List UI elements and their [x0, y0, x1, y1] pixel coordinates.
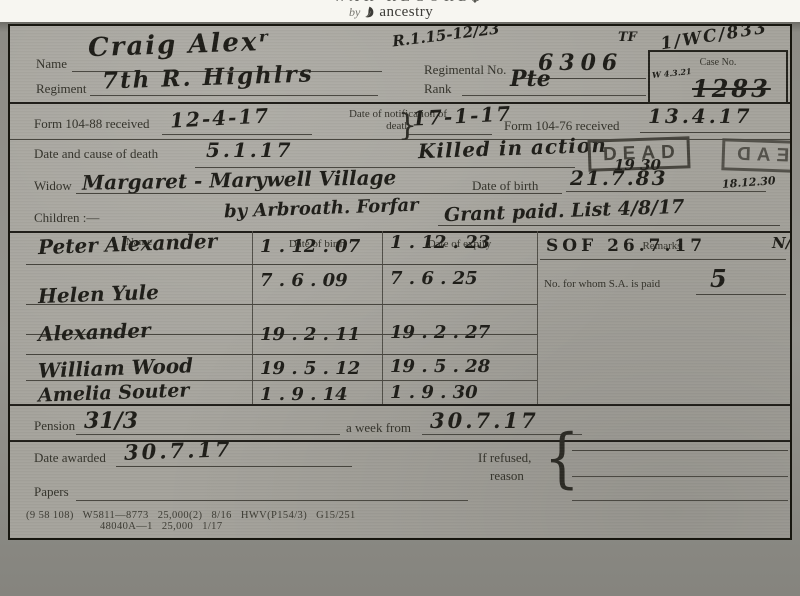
corner-annotation: R.1.15-12/23	[391, 24, 500, 50]
brand-name: ancestry	[379, 4, 433, 21]
rule	[406, 134, 492, 135]
child-name: Alexander	[38, 318, 151, 346]
child-dob: 7 . 6 . 09	[260, 270, 348, 291]
child-expiry: 19 . 5 . 28	[390, 356, 490, 377]
death-cause: Killed in action	[418, 133, 608, 164]
grant-note: Grant paid. List 4/8/17	[444, 196, 685, 226]
name-value: Craig Alexʳ	[88, 27, 272, 63]
death-label: Date and cause of death	[34, 146, 158, 162]
name-label: Name	[36, 56, 67, 72]
rule	[640, 132, 790, 133]
papers-label: Papers	[34, 484, 69, 500]
pension-value: 31/3	[84, 408, 138, 434]
dob-label: Date of birth	[472, 178, 538, 194]
refused-brace: {	[544, 428, 580, 489]
widow-address-line2: by Arbroath. Forfar	[224, 195, 419, 223]
rule	[572, 476, 788, 477]
case-no-box: Case No. W 4.3.21 1283	[648, 50, 788, 104]
pension-record-card: Name Craig Alexʳ R.1.15-12/23 Regimental…	[8, 24, 792, 540]
rule	[26, 264, 537, 265]
week-value: 30.7.17	[430, 408, 539, 433]
reason-label: reason	[490, 468, 524, 484]
form-104-76-value: 13.4.17	[648, 104, 753, 128]
ancestry-brand: by ancestry	[349, 4, 433, 21]
table-column-divider	[252, 231, 253, 404]
site-header: WAR RECORDS ❖ by ancestry	[0, 0, 800, 22]
dob-value: 21.7.83	[570, 166, 668, 190]
rule	[566, 191, 766, 192]
rule	[90, 95, 378, 96]
date-awarded-value: 30.7.17	[124, 436, 233, 465]
case-side-note: W 4.3.21	[652, 66, 692, 80]
rule	[572, 450, 788, 451]
rule	[76, 500, 468, 501]
remarks-note: SOF 26.7.17	[546, 236, 706, 256]
screenshot-root: WAR RECORDS ❖ by ancestry	[0, 0, 800, 596]
rule	[438, 225, 780, 226]
widow-label: Widow	[34, 178, 72, 194]
child-name: Amelia Souter	[38, 379, 190, 406]
form-104-76-label: Form 104-76 received	[504, 118, 620, 134]
child-dob: 19 . 5 . 12	[260, 358, 360, 379]
rule	[462, 95, 646, 96]
rule	[76, 434, 340, 435]
form-104-88-label: Form 104-88 received	[34, 116, 150, 132]
child-dob: 1 . 12 . 07	[260, 236, 360, 257]
table-column-divider	[537, 231, 538, 404]
case-no-label: Case No.	[650, 57, 786, 68]
death-date: 5.1.17	[206, 138, 294, 162]
dead-stamp-mirrored: DEAD	[721, 138, 792, 174]
date-awarded-label: Date awarded	[34, 450, 106, 466]
dob-note: 18.12.30	[722, 174, 776, 191]
widow-value: Margaret - Marywell Village	[82, 165, 397, 194]
pension-label: Pension	[34, 418, 75, 434]
notification-value: 17-1-17	[411, 101, 512, 130]
form-104-88-value: 12-4-17	[169, 103, 270, 132]
children-label: Children :—	[34, 210, 99, 226]
rule	[26, 354, 537, 355]
ancestry-leaf-icon	[363, 6, 376, 19]
rule	[10, 404, 792, 406]
child-name: Helen Yule	[38, 280, 160, 308]
rule	[116, 466, 352, 467]
regiment-value: 7th R. Highlrs	[102, 60, 314, 94]
sa-paid-value: 5	[710, 264, 727, 293]
child-expiry: 1 . 12 . 23	[390, 232, 490, 253]
regimental-no-suffix: TF	[618, 30, 637, 45]
case-no-value: 1283	[692, 74, 771, 103]
child-expiry: 19 . 2 . 27	[390, 322, 490, 343]
week-label: a week from	[346, 420, 411, 436]
child-dob: 1 . 9 . 14	[260, 384, 348, 405]
child-name: Peter Alexander	[38, 229, 218, 259]
child-dob: 19 . 2 . 11	[260, 324, 360, 345]
rank-label: Rank	[424, 81, 451, 97]
rule	[540, 259, 786, 260]
byline-text: by	[349, 5, 360, 20]
ornament-icon: ❖	[470, 0, 480, 6]
rule	[162, 134, 312, 135]
regimental-no-label: Regimental No.	[424, 62, 506, 78]
if-refused-label: If refused,	[478, 450, 531, 466]
child-name: William Wood	[38, 353, 194, 382]
imprint-line-1: (9 58 108) W5811—8773 25,000(2) 8/16 HWV…	[26, 510, 356, 521]
rule	[696, 294, 786, 295]
table-column-divider	[382, 231, 383, 404]
rank-value: Pte	[510, 66, 551, 92]
regiment-label: Regiment	[36, 81, 87, 97]
imprint-line-2: 48040A—1 25,000 1/17	[100, 521, 222, 532]
child-expiry: 1 . 9 . 30	[390, 382, 478, 403]
sa-paid-label: No. for whom S.A. is paid	[544, 278, 660, 290]
child-expiry: 7 . 6 . 25	[390, 268, 478, 289]
rule	[572, 500, 788, 501]
